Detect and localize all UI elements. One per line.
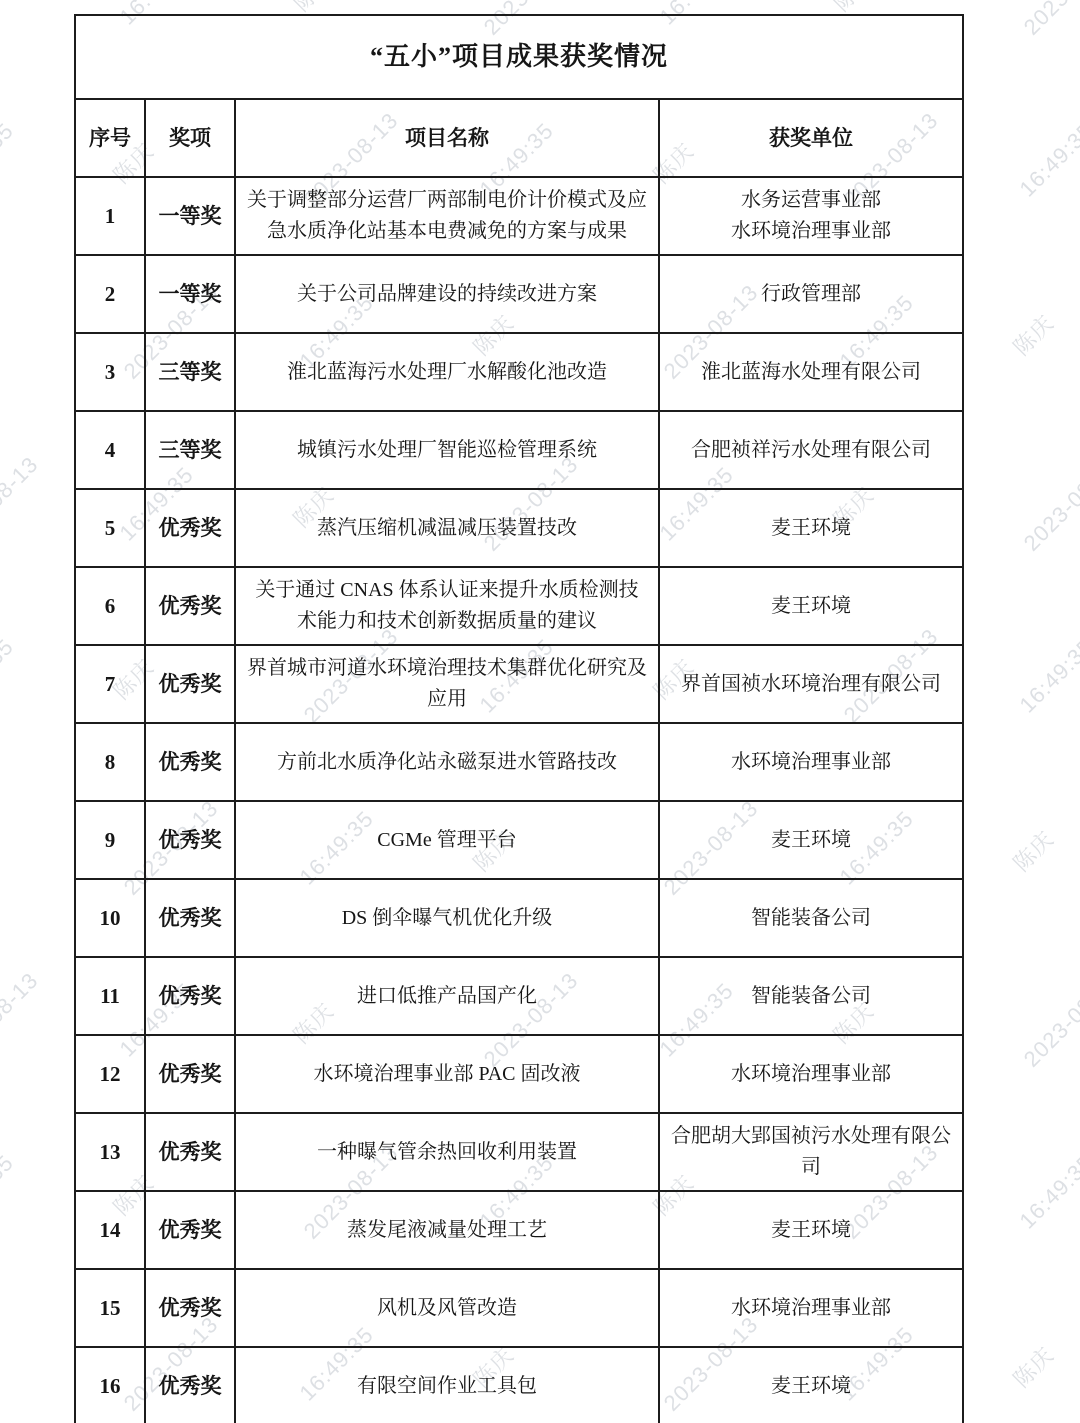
watermark-text: 16:49:35 (1015, 634, 1080, 719)
award-unit-cell: 智能装备公司 (659, 957, 963, 1035)
table-row: 16 优秀奖 有限空间作业工具包 麦王环境 (75, 1347, 963, 1423)
award-unit-cell: 界首国祯水环境治理有限公司 (659, 645, 963, 723)
col-header-no: 序号 (75, 99, 145, 177)
col-header-award: 奖项 (145, 99, 235, 177)
table-row: 8 优秀奖 方前北水质净化站永磁泵进水管路技改 水环境治理事业部 (75, 723, 963, 801)
award-unit-cell: 水务运营事业部 水环境治理事业部 (659, 177, 963, 255)
award-name-cell: 优秀奖 (145, 567, 235, 645)
award-unit-cell: 合肥祯祥污水处理有限公司 (659, 411, 963, 489)
row-number-cell: 1 (75, 177, 145, 255)
project-name-cell: 一种曝气管余热回收利用装置 (235, 1113, 659, 1191)
row-number-cell: 9 (75, 801, 145, 879)
table-row: 15 优秀奖 风机及风管改造 水环境治理事业部 (75, 1269, 963, 1347)
award-name-cell: 三等奖 (145, 411, 235, 489)
project-name-cell: 方前北水质净化站永磁泵进水管路技改 (235, 723, 659, 801)
award-name-cell: 优秀奖 (145, 489, 235, 567)
table-row: 5 优秀奖 蒸汽压缩机减温减压装置技改 麦王环境 (75, 489, 963, 567)
award-unit-cell: 水环境治理事业部 (659, 723, 963, 801)
col-header-unit: 获奖单位 (659, 99, 963, 177)
award-name-cell: 优秀奖 (145, 801, 235, 879)
project-name-cell: 风机及风管改造 (235, 1269, 659, 1347)
award-name-cell: 三等奖 (145, 333, 235, 411)
watermark-text: 16:49:35 (0, 634, 19, 719)
col-header-project: 项目名称 (235, 99, 659, 177)
row-number-cell: 6 (75, 567, 145, 645)
award-unit-cell: 行政管理部 (659, 255, 963, 333)
award-name-cell: 优秀奖 (145, 957, 235, 1035)
watermark-text: 16:49:35 (1015, 118, 1080, 203)
watermark-text: 16:49:35 (0, 118, 19, 203)
award-name-cell: 优秀奖 (145, 1191, 235, 1269)
project-name-cell: 进口低推产品国产化 (235, 957, 659, 1035)
watermark-text: 2023-08-13 (0, 0, 44, 41)
award-name-cell: 一等奖 (145, 177, 235, 255)
table-row: 12 优秀奖 水环境治理事业部 PAC 固改液 水环境治理事业部 (75, 1035, 963, 1113)
table-row: 4 三等奖 城镇污水处理厂智能巡检管理系统 合肥祯祥污水处理有限公司 (75, 411, 963, 489)
award-name-cell: 优秀奖 (145, 1269, 235, 1347)
watermark-text: 2023-08-13 (1019, 967, 1080, 1072)
watermark-text: 16:49:35 (1015, 1150, 1080, 1235)
award-unit-cell: 麦王环境 (659, 567, 963, 645)
row-number-cell: 13 (75, 1113, 145, 1191)
awards-table: “五小”项目成果获奖情况 序号 奖项 项目名称 获奖单位 1 一等奖 关于调整部… (74, 14, 964, 1423)
row-number-cell: 11 (75, 957, 145, 1035)
award-name-cell: 一等奖 (145, 255, 235, 333)
award-unit-cell: 淮北蓝海水处理有限公司 (659, 333, 963, 411)
project-name-cell: 界首城市河道水环境治理技术集群优化研究及应用 (235, 645, 659, 723)
watermark-text: 陈庆 (1006, 1339, 1060, 1393)
project-name-cell: 蒸汽压缩机减温减压装置技改 (235, 489, 659, 567)
header-row: 序号 奖项 项目名称 获奖单位 (75, 99, 963, 177)
table-row: 6 优秀奖 关于通过 CNAS 体系认证来提升水质检测技术能力和技术创新数据质量… (75, 567, 963, 645)
project-name-cell: 关于公司品牌建设的持续改进方案 (235, 255, 659, 333)
project-name-cell: 蒸发尾液减量处理工艺 (235, 1191, 659, 1269)
watermark-text: 陈庆 (1006, 823, 1060, 877)
project-name-cell: 城镇污水处理厂智能巡检管理系统 (235, 411, 659, 489)
project-name-cell: CGMe 管理平台 (235, 801, 659, 879)
row-number-cell: 8 (75, 723, 145, 801)
award-unit-cell: 水环境治理事业部 (659, 1035, 963, 1113)
table-row: 13 优秀奖 一种曝气管余热回收利用装置 合肥胡大郢国祯污水处理有限公司 (75, 1113, 963, 1191)
watermark-text: 2023-08-13 (0, 967, 44, 1072)
award-unit-cell: 水环境治理事业部 (659, 1269, 963, 1347)
row-number-cell: 2 (75, 255, 145, 333)
project-name-cell: 有限空间作业工具包 (235, 1347, 659, 1423)
award-name-cell: 优秀奖 (145, 1347, 235, 1423)
award-unit-cell: 麦王环境 (659, 1347, 963, 1423)
award-unit-cell: 麦王环境 (659, 489, 963, 567)
table-row: 3 三等奖 淮北蓝海污水处理厂水解酸化池改造 淮北蓝海水处理有限公司 (75, 333, 963, 411)
row-number-cell: 14 (75, 1191, 145, 1269)
table-row: 1 一等奖 关于调整部分运营厂两部制电价计价模式及应急水质净化站基本电费减免的方… (75, 177, 963, 255)
project-name-cell: 淮北蓝海污水处理厂水解酸化池改造 (235, 333, 659, 411)
watermark-text: 陈庆 (1006, 307, 1060, 361)
row-number-cell: 10 (75, 879, 145, 957)
title-row: “五小”项目成果获奖情况 (75, 15, 963, 99)
table-row: 11 优秀奖 进口低推产品国产化 智能装备公司 (75, 957, 963, 1035)
award-unit-cell: 麦王环境 (659, 1191, 963, 1269)
row-number-cell: 5 (75, 489, 145, 567)
award-unit-cell: 智能装备公司 (659, 879, 963, 957)
table-row: 9 优秀奖 CGMe 管理平台 麦王环境 (75, 801, 963, 879)
award-name-cell: 优秀奖 (145, 1035, 235, 1113)
document-page: 2023-08-1316:49:35陈庆2023-08-1316:49:35陈庆… (0, 0, 1080, 1423)
row-number-cell: 7 (75, 645, 145, 723)
watermark-text: 2023-08-13 (1019, 0, 1080, 41)
project-name-cell: DS 倒伞曝气机优化升级 (235, 879, 659, 957)
row-number-cell: 16 (75, 1347, 145, 1423)
award-name-cell: 优秀奖 (145, 645, 235, 723)
award-unit-cell: 麦王环境 (659, 801, 963, 879)
row-number-cell: 3 (75, 333, 145, 411)
award-unit-cell: 合肥胡大郢国祯污水处理有限公司 (659, 1113, 963, 1191)
watermark-text: 2023-08-13 (1019, 451, 1080, 556)
row-number-cell: 15 (75, 1269, 145, 1347)
watermark-text: 16:49:35 (0, 1150, 19, 1235)
table-row: 14 优秀奖 蒸发尾液减量处理工艺 麦王环境 (75, 1191, 963, 1269)
table-row: 2 一等奖 关于公司品牌建设的持续改进方案 行政管理部 (75, 255, 963, 333)
row-number-cell: 12 (75, 1035, 145, 1113)
award-name-cell: 优秀奖 (145, 1113, 235, 1191)
table-row: 10 优秀奖 DS 倒伞曝气机优化升级 智能装备公司 (75, 879, 963, 957)
row-number-cell: 4 (75, 411, 145, 489)
project-name-cell: 关于调整部分运营厂两部制电价计价模式及应急水质净化站基本电费减免的方案与成果 (235, 177, 659, 255)
project-name-cell: 水环境治理事业部 PAC 固改液 (235, 1035, 659, 1113)
watermark-text: 2023-08-13 (0, 451, 44, 556)
award-name-cell: 优秀奖 (145, 879, 235, 957)
table-title: “五小”项目成果获奖情况 (75, 15, 963, 99)
award-name-cell: 优秀奖 (145, 723, 235, 801)
table-row: 7 优秀奖 界首城市河道水环境治理技术集群优化研究及应用 界首国祯水环境治理有限… (75, 645, 963, 723)
project-name-cell: 关于通过 CNAS 体系认证来提升水质检测技术能力和技术创新数据质量的建议 (235, 567, 659, 645)
